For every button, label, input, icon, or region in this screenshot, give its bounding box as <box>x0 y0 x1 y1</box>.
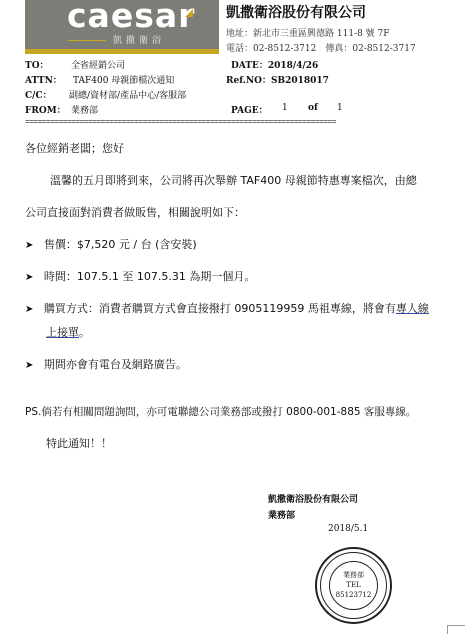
from-value: 業務部 <box>71 103 98 116</box>
signature-date: 2018/5.1 <box>328 524 368 534</box>
arrow-bullet-icon: ➤ <box>25 360 33 371</box>
seal-tel-label: TEL <box>330 580 377 590</box>
company-logo: caesar 凱撒衛浴 <box>25 0 219 49</box>
arrow-bullet-icon: ➤ <box>25 272 33 283</box>
company-phone-fax: 電話：02-8512-3712 傳真：02-8512-3717 <box>226 41 416 54</box>
logo-wordmark: caesar <box>67 0 195 35</box>
bullet-price: ➤ 售價：$7,520 元 / 台 (含安裝) <box>25 236 197 252</box>
seal-tel-number: 85123712 <box>330 590 377 600</box>
signature-company: 凱撒衛浴股份有限公司 <box>268 492 358 505</box>
from-label: FROM： <box>25 103 66 116</box>
logo-divider <box>68 40 106 41</box>
attn-label: ATTN： <box>25 73 62 86</box>
intro-line-1: 溫馨的五月即將到來，公司將再次舉辦 TAF400 母親節特惠專案檔次，由總 <box>50 172 417 188</box>
to-label: TO： <box>25 58 49 71</box>
company-name: 凱撒衛浴股份有限公司 <box>226 2 366 22</box>
header-separator: ========================================… <box>25 118 336 127</box>
logo-accent-icon <box>185 9 193 17</box>
to-value: 全省經銷公司 <box>71 58 125 71</box>
bullet-ads: ➤ 期間亦會有電台及網路廣告。 <box>25 356 187 372</box>
logo-subtitle: 凱撒衛浴 <box>113 33 165 46</box>
page-corner-mark <box>447 625 465 634</box>
page-current: 1 <box>282 103 288 113</box>
closing: 特此通知！！ <box>46 435 112 451</box>
page-total: 1 <box>337 103 343 113</box>
attn-value: TAF400 母親節檔次通知 <box>73 73 174 86</box>
bullet-purchase-cont: 上接單。 <box>46 324 90 340</box>
page-label: PAGE： <box>231 103 268 116</box>
cc-label: C/C： <box>25 88 52 101</box>
intro-line-2: 公司直接面對消費者做販售，相關說明如下： <box>25 204 245 220</box>
ref-field: Ref.NO：SB2018017 <box>226 73 329 86</box>
seal-department: 業務部 <box>330 570 377 580</box>
date-field: DATE：2018/4/26 <box>231 58 318 71</box>
arrow-bullet-icon: ➤ <box>25 240 33 251</box>
greeting: 各位經銷老闆；您好 <box>25 140 124 156</box>
ps-note: PS.倘若有相關問題詢問，亦可電聯總公司業務部或撥打 0800-001-885 … <box>25 404 416 419</box>
signature-department: 業務部 <box>268 508 295 521</box>
bullet-period: ➤ 時間：107.5.1 至 107.5.31 為期一個月。 <box>25 268 255 284</box>
company-seal-stamp: 業務部 TEL 85123712 <box>315 547 392 624</box>
cc-value: 副總/資材部/產品中心/客服部 <box>69 88 186 101</box>
seal-center: 業務部 TEL 85123712 <box>329 561 378 610</box>
arrow-bullet-icon: ➤ <box>25 304 33 315</box>
logo-gold-bar <box>25 49 219 54</box>
bullet-purchase: ➤ 購買方式：消費者購買方式會直接撥打 0905119959 馬祖專線，將會有專… <box>25 300 429 316</box>
company-address: 地址：新北市三重區興德路 111-8 號 7F <box>226 26 390 39</box>
page-of: of <box>308 103 318 113</box>
